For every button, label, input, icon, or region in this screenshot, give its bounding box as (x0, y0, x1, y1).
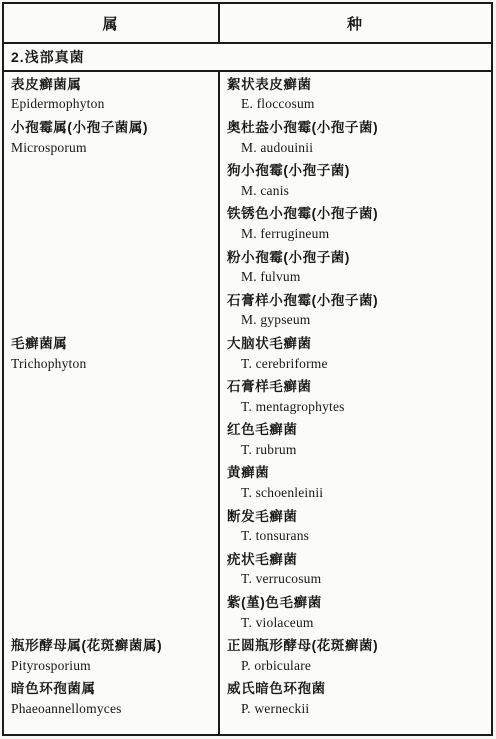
species-cell: 紫(堇)色毛癣菌 (220, 590, 491, 612)
genus-cell (4, 266, 220, 288)
species-cell: 黄癣菌 (220, 461, 491, 483)
genus-cell (4, 158, 220, 180)
genus-cell (4, 590, 220, 612)
species-cell: E. floccosum (220, 94, 491, 116)
genus-cell (4, 396, 220, 418)
species-cell: 奥杜盎小孢霉(小孢子菌) (220, 115, 491, 137)
table-filler-row (4, 720, 491, 734)
table-body: 表皮癣菌属絮状表皮癣菌EpidermophytonE. floccosum小孢霉… (4, 72, 491, 734)
species-cell: M. fulvum (220, 266, 491, 288)
species-cell: 断发毛癣菌 (220, 504, 491, 526)
genus-cell (4, 202, 220, 224)
genus-cell-empty (4, 720, 220, 734)
table-row: 铁锈色小孢霉(小孢子菌) (4, 202, 491, 224)
genus-cell: Epidermophyton (4, 94, 220, 116)
species-column-header: 种 (220, 4, 491, 42)
species-cell: T. verrucosum (220, 569, 491, 591)
table-row: 石膏样毛癣菌 (4, 374, 491, 396)
species-cell: 大脑状毛癣菌 (220, 331, 491, 353)
table-row: EpidermophytonE. floccosum (4, 94, 491, 116)
table-header-row: 属 种 (4, 4, 491, 44)
genus-cell (4, 180, 220, 202)
genus-cell: Phaeoannellomyces (4, 698, 220, 720)
table-row: 暗色环孢菌属威氏暗色环孢菌 (4, 677, 491, 699)
table-row: M. ferrugineum (4, 223, 491, 245)
table-row: 瓶形酵母属(花斑癣菌属)正圆瓶形酵母(花斑癣菌) (4, 633, 491, 655)
species-cell: M. audouinii (220, 137, 491, 159)
species-cell: M. gypseum (220, 310, 491, 332)
genus-cell: 瓶形酵母属(花斑癣菌属) (4, 633, 220, 655)
table-row: 黄癣菌 (4, 461, 491, 483)
table-rows: 表皮癣菌属絮状表皮癣菌EpidermophytonE. floccosum小孢霉… (4, 72, 491, 720)
table-row: T. tonsurans (4, 525, 491, 547)
species-cell: T. schoenleinii (220, 482, 491, 504)
species-cell: T. rubrum (220, 439, 491, 461)
genus-cell (4, 612, 220, 634)
species-cell: 石膏样毛癣菌 (220, 374, 491, 396)
genus-cell: Pityrosporium (4, 655, 220, 677)
table-row: MicrosporumM. audouinii (4, 137, 491, 159)
species-cell: T. tonsurans (220, 525, 491, 547)
species-cell: P. orbiculare (220, 655, 491, 677)
species-cell: P. werneckii (220, 698, 491, 720)
genus-cell (4, 310, 220, 332)
species-cell: M. canis (220, 180, 491, 202)
genus-cell (4, 461, 220, 483)
table-row: 表皮癣菌属絮状表皮癣菌 (4, 72, 491, 94)
genus-cell (4, 504, 220, 526)
genus-cell (4, 288, 220, 310)
table-row: T. verrucosum (4, 569, 491, 591)
table-row: 紫(堇)色毛癣菌 (4, 590, 491, 612)
genus-cell: Microsporum (4, 137, 220, 159)
table-row: 小孢霉属(小孢子菌属)奥杜盎小孢霉(小孢子菌) (4, 115, 491, 137)
genus-cell (4, 245, 220, 267)
table-row: PhaeoannellomycesP. werneckii (4, 698, 491, 720)
species-cell: 威氏暗色环孢菌 (220, 677, 491, 699)
genus-cell (4, 439, 220, 461)
genus-cell: 毛癣菌属 (4, 331, 220, 353)
species-cell: T. cerebriforme (220, 353, 491, 375)
table-row: M. canis (4, 180, 491, 202)
species-cell: 絮状表皮癣菌 (220, 72, 491, 94)
genus-column-header: 属 (4, 4, 220, 42)
species-cell: 石膏样小孢霉(小孢子菌) (220, 288, 491, 310)
species-cell: 疣状毛癣菌 (220, 547, 491, 569)
genus-cell (4, 418, 220, 440)
genus-cell (4, 547, 220, 569)
genus-cell: 暗色环孢菌属 (4, 677, 220, 699)
genus-cell (4, 374, 220, 396)
species-cell: 粉小孢霉(小孢子菌) (220, 245, 491, 267)
species-cell: 狗小孢霉(小孢子菌) (220, 158, 491, 180)
species-cell: T. violaceum (220, 612, 491, 634)
fungi-classification-table: 属 种 2.浅部真菌 表皮癣菌属絮状表皮癣菌EpidermophytonE. f… (2, 2, 493, 736)
table-row: T. schoenleinii (4, 482, 491, 504)
species-cell: 正圆瓶形酵母(花斑癣菌) (220, 633, 491, 655)
species-cell: 铁锈色小孢霉(小孢子菌) (220, 202, 491, 224)
table-row: M. gypseum (4, 310, 491, 332)
genus-cell (4, 525, 220, 547)
species-cell: 红色毛癣菌 (220, 418, 491, 440)
table-row: T. mentagrophytes (4, 396, 491, 418)
genus-cell (4, 223, 220, 245)
table-row: 断发毛癣菌 (4, 504, 491, 526)
genus-cell (4, 482, 220, 504)
genus-cell: 表皮癣菌属 (4, 72, 220, 94)
genus-cell (4, 569, 220, 591)
table-row: 石膏样小孢霉(小孢子菌) (4, 288, 491, 310)
species-cell-empty (220, 720, 491, 734)
table-row: M. fulvum (4, 266, 491, 288)
table-row: 狗小孢霉(小孢子菌) (4, 158, 491, 180)
table-row: 粉小孢霉(小孢子菌) (4, 245, 491, 267)
table-row: T. violaceum (4, 612, 491, 634)
table-row: T. rubrum (4, 439, 491, 461)
genus-cell: Trichophyton (4, 353, 220, 375)
section-title-superficial-fungi: 2.浅部真菌 (4, 44, 491, 72)
table-row: PityrosporiumP. orbiculare (4, 655, 491, 677)
table-row: 红色毛癣菌 (4, 418, 491, 440)
species-cell: M. ferrugineum (220, 223, 491, 245)
table-row: 疣状毛癣菌 (4, 547, 491, 569)
table-row: 毛癣菌属大脑状毛癣菌 (4, 331, 491, 353)
table-row: TrichophytonT. cerebriforme (4, 353, 491, 375)
genus-cell: 小孢霉属(小孢子菌属) (4, 115, 220, 137)
species-cell: T. mentagrophytes (220, 396, 491, 418)
